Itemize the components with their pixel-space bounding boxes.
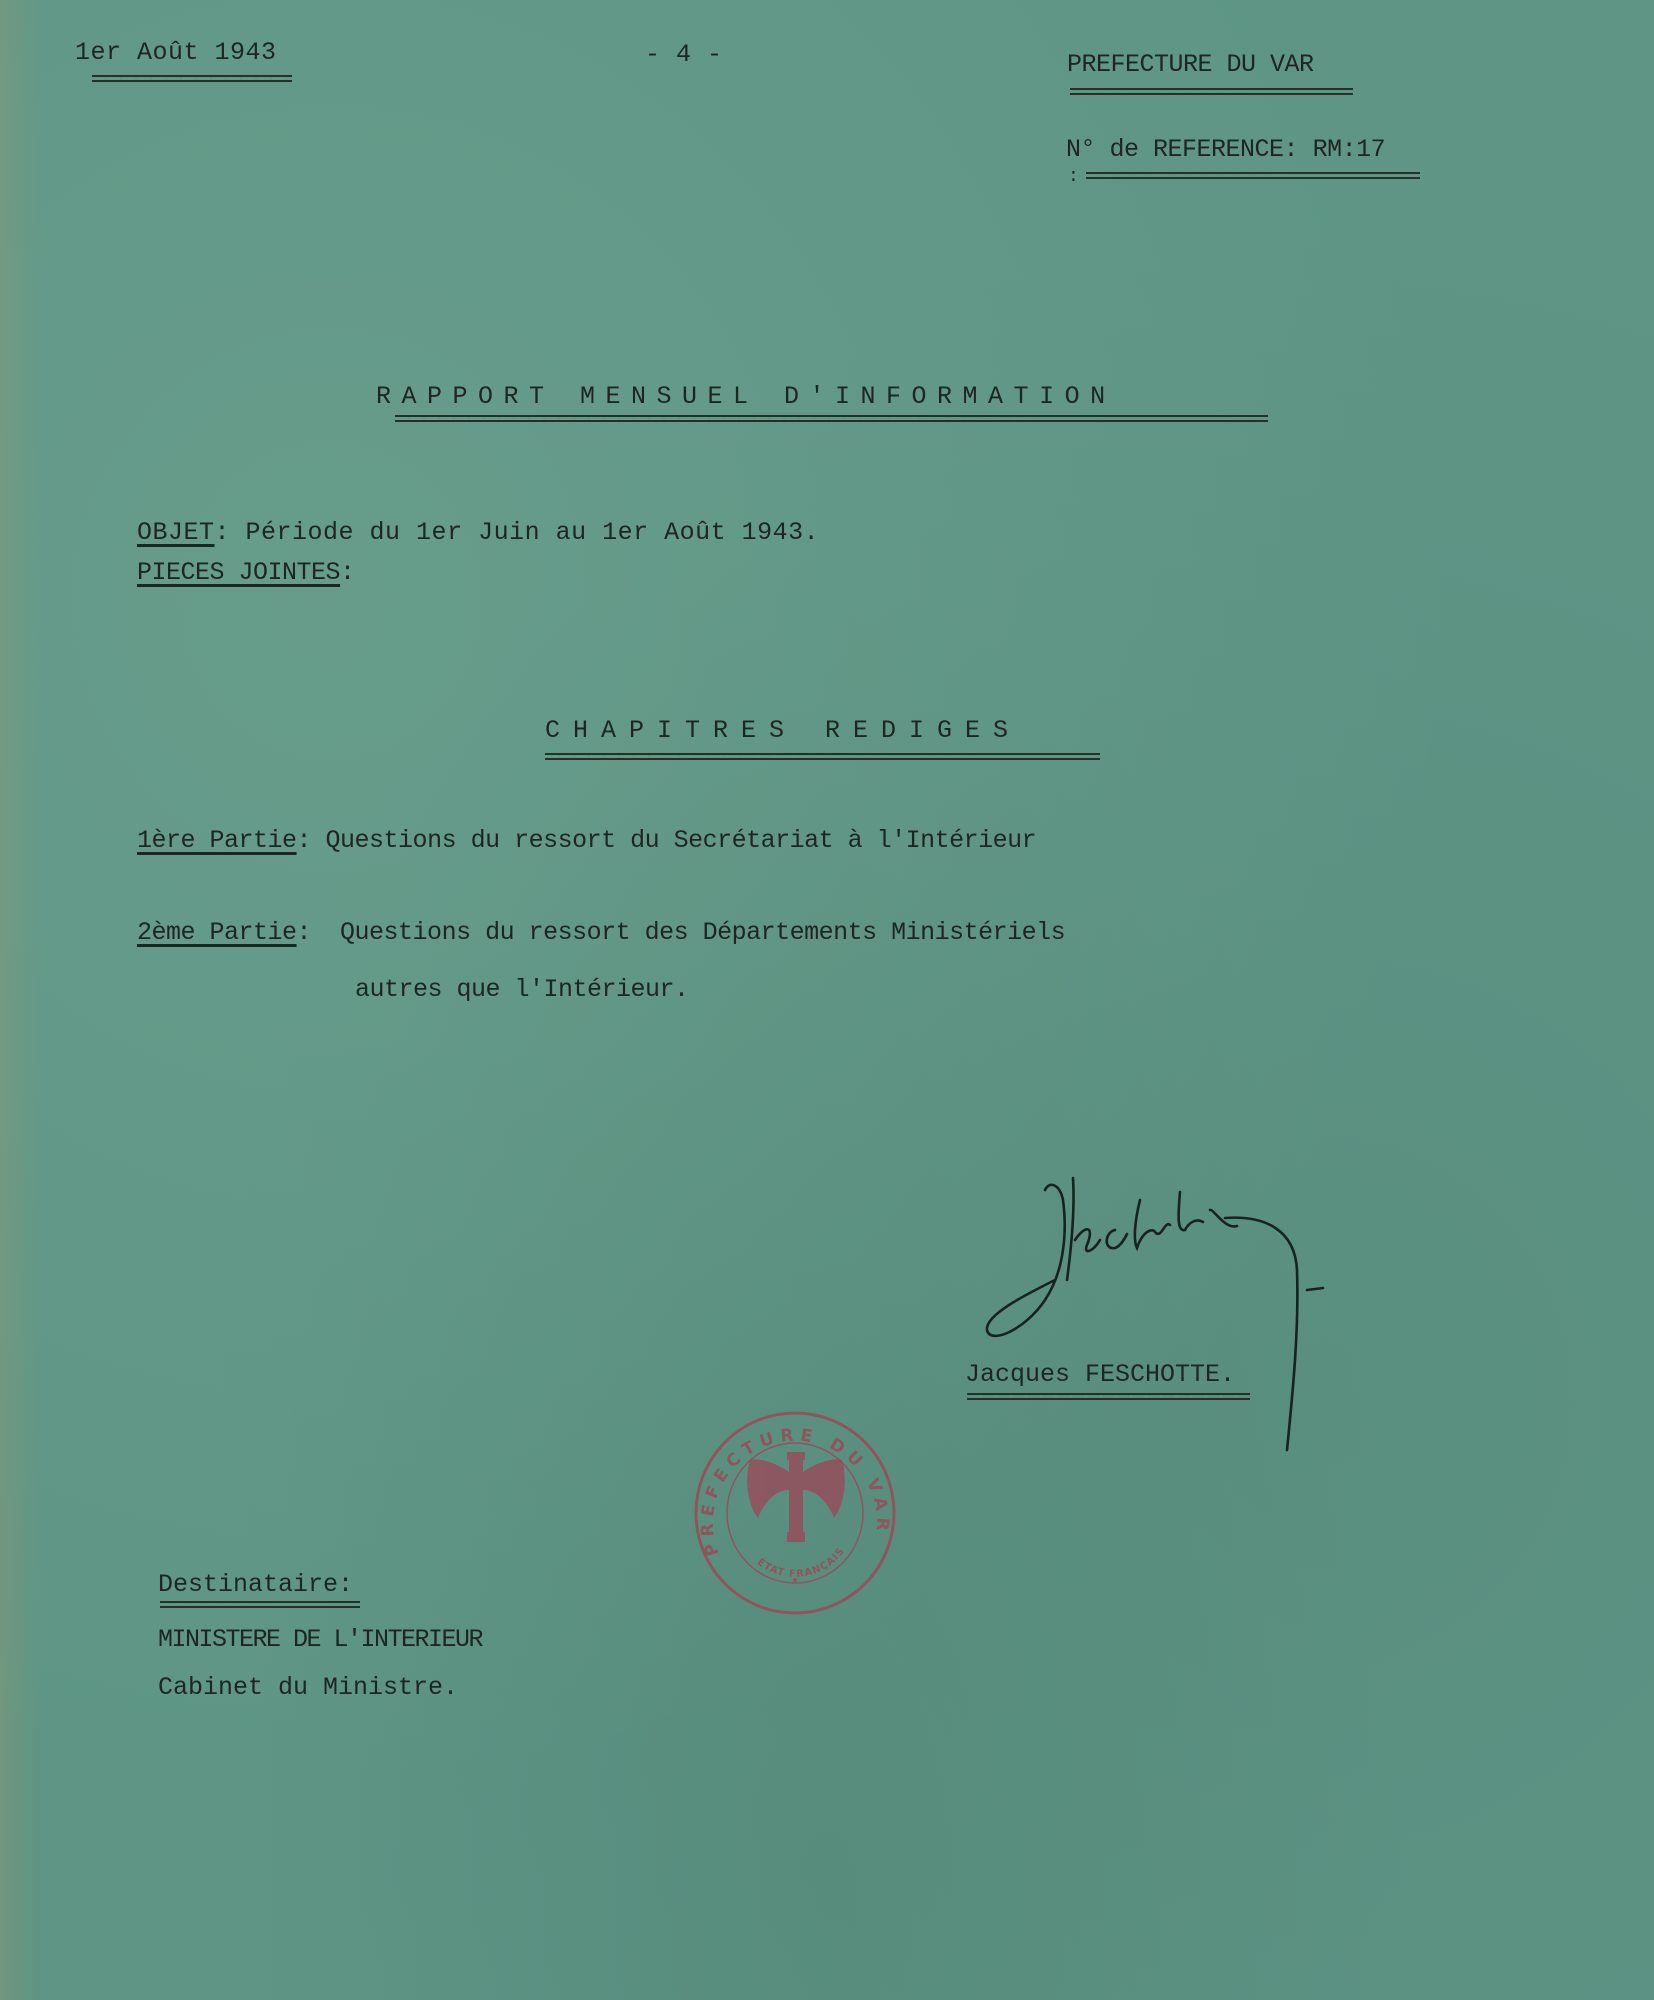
recipient-cabinet: Cabinet du Ministre.: [158, 1675, 458, 1700]
chapter-text: Questions du ressort des Départements Mi…: [340, 918, 1065, 947]
reference-line: N° de REFERENCE: RM:17: [1066, 137, 1385, 162]
date-double-underline: [92, 75, 292, 82]
recipient-label: Destinataire: [158, 1570, 338, 1599]
chapters-double-underline: [545, 753, 1100, 760]
objet-value: Période du 1er Juin au 1er Août 1943.: [246, 518, 820, 547]
pieces-jointes-line: PIECES JOINTES:: [137, 560, 355, 585]
reference-value: RM:17: [1313, 135, 1386, 164]
signatory-name: Jacques FESCHOTTE.: [965, 1362, 1235, 1387]
objet-line: OBJET: Période du 1er Juin au 1er Août 1…: [137, 520, 819, 545]
chapter-item: 2ème Partie: Questions du ressort des Dé…: [137, 920, 1065, 945]
chapters-heading: CHAPITRES REDIGES: [545, 718, 1021, 743]
recipient-ministry: MINISTERE DE L'INTERIEUR: [158, 1627, 482, 1652]
prefecture-double-underline: [1070, 88, 1353, 95]
handwritten-signature-icon: [975, 1170, 1325, 1460]
prefecture-name: PREFECTURE DU VAR: [1067, 52, 1314, 77]
document-date: 1er Août 1943: [75, 40, 277, 65]
signatory-double-underline: [967, 1393, 1250, 1400]
svg-text:ÉTAT FRANÇAIS: ÉTAT FRANÇAIS: [755, 1546, 847, 1580]
chapter-item: 1ère Partie: Questions du ressort du Sec…: [137, 828, 1036, 853]
chapter-label: 1ère Partie: [137, 826, 297, 855]
report-title: RAPPORT MENSUEL D'INFORMATION: [376, 384, 1116, 409]
page-number: - 4 -: [645, 42, 723, 67]
chapter-continuation: autres que l'Intérieur.: [355, 977, 689, 1002]
reference-label: N° de REFERENCE:: [1066, 135, 1298, 164]
recipient-double-underline: [160, 1601, 360, 1608]
reference-double-underline: [1086, 172, 1420, 179]
reference-colon-mark: :: [1068, 168, 1079, 186]
objet-label: OBJET: [137, 518, 215, 547]
chapter-label: 2ème Partie: [137, 918, 297, 947]
pieces-jointes-label: PIECES JOINTES: [137, 558, 340, 587]
recipient-label-line: Destinataire:: [158, 1572, 353, 1597]
prefecture-stamp-icon: PREFECTURE DU VAR ÉTAT FRANÇAIS: [692, 1410, 898, 1616]
chapter-text: Questions du ressort du Secrétariat à l'…: [326, 826, 1037, 855]
title-double-underline: [395, 415, 1268, 422]
